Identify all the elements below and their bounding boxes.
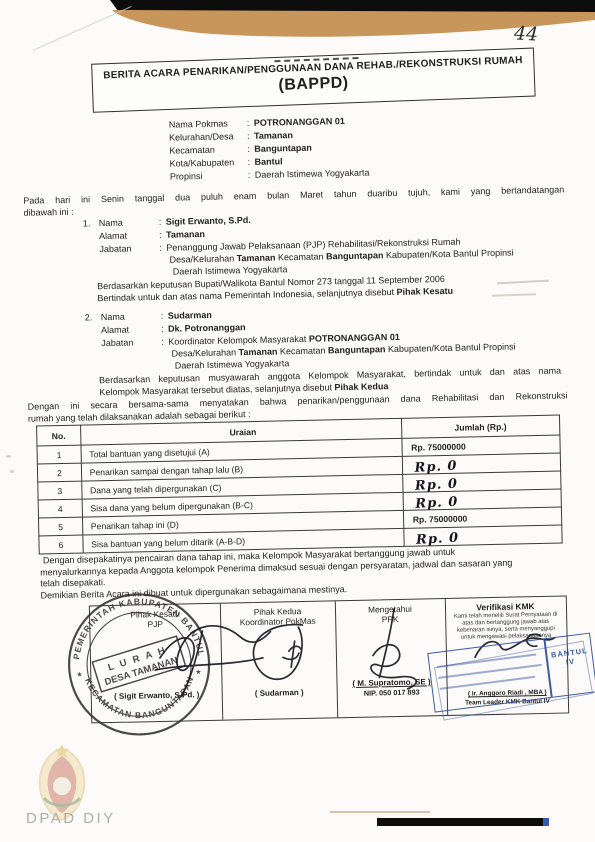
colon: : <box>248 170 251 182</box>
row-label: Nama <box>99 218 123 230</box>
text: Koordinator Kelompok Masyarakat <box>168 334 309 347</box>
text: Kecamatan <box>277 345 328 356</box>
row-label: Jabatan <box>99 243 131 255</box>
text-bold: Banguntapan <box>328 344 386 355</box>
dpad-watermark-text: DPAD DIY <box>26 810 116 827</box>
field-label: Kota/Kabupaten <box>169 157 249 170</box>
intro-line: dibawah ini : <box>23 207 73 220</box>
party-address: Tamanan <box>166 229 205 241</box>
colon: : <box>247 118 250 130</box>
cell-no: 5 <box>38 517 82 536</box>
party-name: Sigit Erwanto, S.Pd. <box>166 215 251 228</box>
redaction-bar <box>377 818 545 826</box>
intro-line: Pada hari ini Senin tanggal dua puluh en… <box>23 184 564 207</box>
colon: : <box>247 144 250 156</box>
cell-no: 6 <box>39 535 83 554</box>
cell-no: 1 <box>37 445 81 464</box>
party-role-bold: Pihak Kesatu <box>396 286 453 297</box>
field-label: Kecamatan <box>169 144 249 157</box>
colon: : <box>159 243 162 255</box>
cell-no: 3 <box>38 481 82 500</box>
document-body: BERITA ACARA PENARIKAN/PENGGUNAAN DANA R… <box>0 0 595 842</box>
text: Kabupaten/Kota Bantul Propinsi <box>383 247 513 260</box>
field-label: Propinsi <box>170 170 250 183</box>
redaction-bar-edge <box>543 818 549 826</box>
row-label: Alamat <box>99 231 127 243</box>
colon: : <box>161 311 164 323</box>
text-bold: POTRONANGGAN 01 <box>309 332 400 344</box>
kmk-stamp-region-box: BANTUL IV <box>545 634 595 697</box>
party-position: Daerah Istimewa Yogyakarta <box>175 358 290 372</box>
row-label: Alamat <box>101 325 129 337</box>
kmk-stamp-text-illegible <box>440 676 535 690</box>
signature-scribble-pihak-kedua <box>253 624 304 679</box>
cell-no: 4 <box>38 499 82 518</box>
text: Kecamatan <box>275 251 326 262</box>
text: Desa/Kelurahan <box>170 253 237 264</box>
col-header-no: No. <box>37 425 81 446</box>
party-number: 1. <box>83 218 91 230</box>
colon: : <box>247 131 250 143</box>
colon: : <box>161 324 164 336</box>
text: Desa/Kelurahan <box>171 347 238 358</box>
colon: : <box>247 157 250 169</box>
text-bold: Tamanan <box>239 346 278 357</box>
signature-scribble-ppk <box>370 609 417 690</box>
stamp-star-icon: ★ <box>76 671 82 679</box>
party-number: 2. <box>85 312 93 324</box>
row-label: Nama <box>101 312 125 324</box>
scan-artifact-line <box>330 811 430 813</box>
colon: : <box>159 217 162 229</box>
scanned-document-page: 44 BERITA ACARA PENARIKAN/PENGGUNAAN DAN… <box>0 0 595 842</box>
row-label: Jabatan <box>101 337 133 349</box>
field-label: Nama Pokmas <box>169 118 249 131</box>
text-bold: Banguntapan <box>326 250 384 261</box>
field-label: Kelurahan/Desa <box>169 131 249 144</box>
colon: : <box>161 337 164 349</box>
text-bold: Tamanan <box>237 252 276 263</box>
field-value: POTRONANGGAN 01 <box>254 116 345 129</box>
text: Kabupaten/Kota Bantul Propinsi <box>385 341 515 354</box>
party-name: Sudarman <box>168 310 212 322</box>
party-address: Dk. Potronanggan <box>168 322 246 335</box>
cell-no: 2 <box>37 463 81 482</box>
title-box: BERITA ACARA PENARIKAN/PENGGUNAAN DANA R… <box>91 48 535 113</box>
funds-table: No. Uraian Jumlah (Rp.) 1 Total bantuan … <box>36 415 563 555</box>
scan-smudge <box>6 455 11 458</box>
field-value: Bantul <box>254 156 282 168</box>
scan-smudge <box>10 470 14 473</box>
field-value: Daerah Istimewa Yogyakarta <box>255 167 370 181</box>
field-value: Tamanan <box>254 130 293 142</box>
colon: : <box>159 230 162 242</box>
party-role-bold: Pihak Kedua <box>334 381 388 392</box>
field-value: Banguntapan <box>254 143 312 156</box>
party-position: Daerah Istimewa Yogyakarta <box>173 264 288 278</box>
